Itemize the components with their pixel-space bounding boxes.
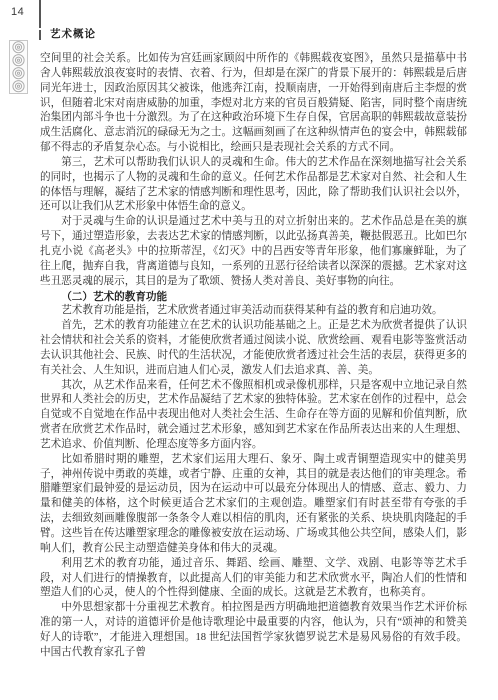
page-number: 14 bbox=[11, 6, 24, 18]
section-heading: （二）艺术的教育功能 bbox=[40, 290, 467, 305]
running-head-book-title: 艺术概论 bbox=[50, 26, 96, 41]
paragraph: 比如希腊时期的雕塑，艺术家们运用大理石、象牙、陶土或青铜塑造现实中的健美男子，神… bbox=[40, 453, 467, 557]
coil-chain-ornament-icon bbox=[9, 40, 28, 99]
paragraph: 中外思想家都十分重视艺术教育。柏拉图是西方明确地把道德教育效果当作艺术评价标准的… bbox=[40, 601, 467, 660]
header-title-rule bbox=[39, 30, 41, 40]
paragraph: 艺术教育功能是指，艺术欣赏者通过审美活动而获得某种有益的教育和启迪功效。 bbox=[40, 304, 467, 319]
paragraph: 其次，从艺术作品来看，任何艺术不像照相机或录像机那样，只是客观中立地记录自然世界… bbox=[40, 379, 467, 453]
body-text: 空间里的社会关系。比如传为宫廷画家顾闳中所作的《韩熙载夜宴图》，虽然只是描摹中书… bbox=[40, 52, 467, 661]
header-top-rule bbox=[39, 0, 41, 28]
paragraph: 对于灵魂与生命的认识是通过艺术中美与丑的对立折射出来的。艺术作品总是在美的旗号下… bbox=[40, 215, 467, 289]
book-page: 14 艺术概论 空间里的社会关系。比如传为宫廷画家顾闳中所作的《韩熙载夜宴图》，… bbox=[0, 0, 498, 700]
paragraph: 首先，艺术的教育功能建立在艺术的认识功能基础之上。正是艺术为欣赏者提供了认识社会… bbox=[40, 319, 467, 378]
paragraph: 第三，艺术可以帮助我们认识人的灵魂和生命。伟大的艺术作品在深刻地描写社会关系的同… bbox=[40, 156, 467, 215]
paragraph: 空间里的社会关系。比如传为宫廷画家顾闳中所作的《韩熙载夜宴图》，虽然只是描摹中书… bbox=[40, 52, 467, 156]
paragraph: 利用艺术的教育功能，通过音乐、舞蹈、绘画、雕塑、文学、戏剧、电影等等艺术手段，对… bbox=[40, 557, 467, 602]
